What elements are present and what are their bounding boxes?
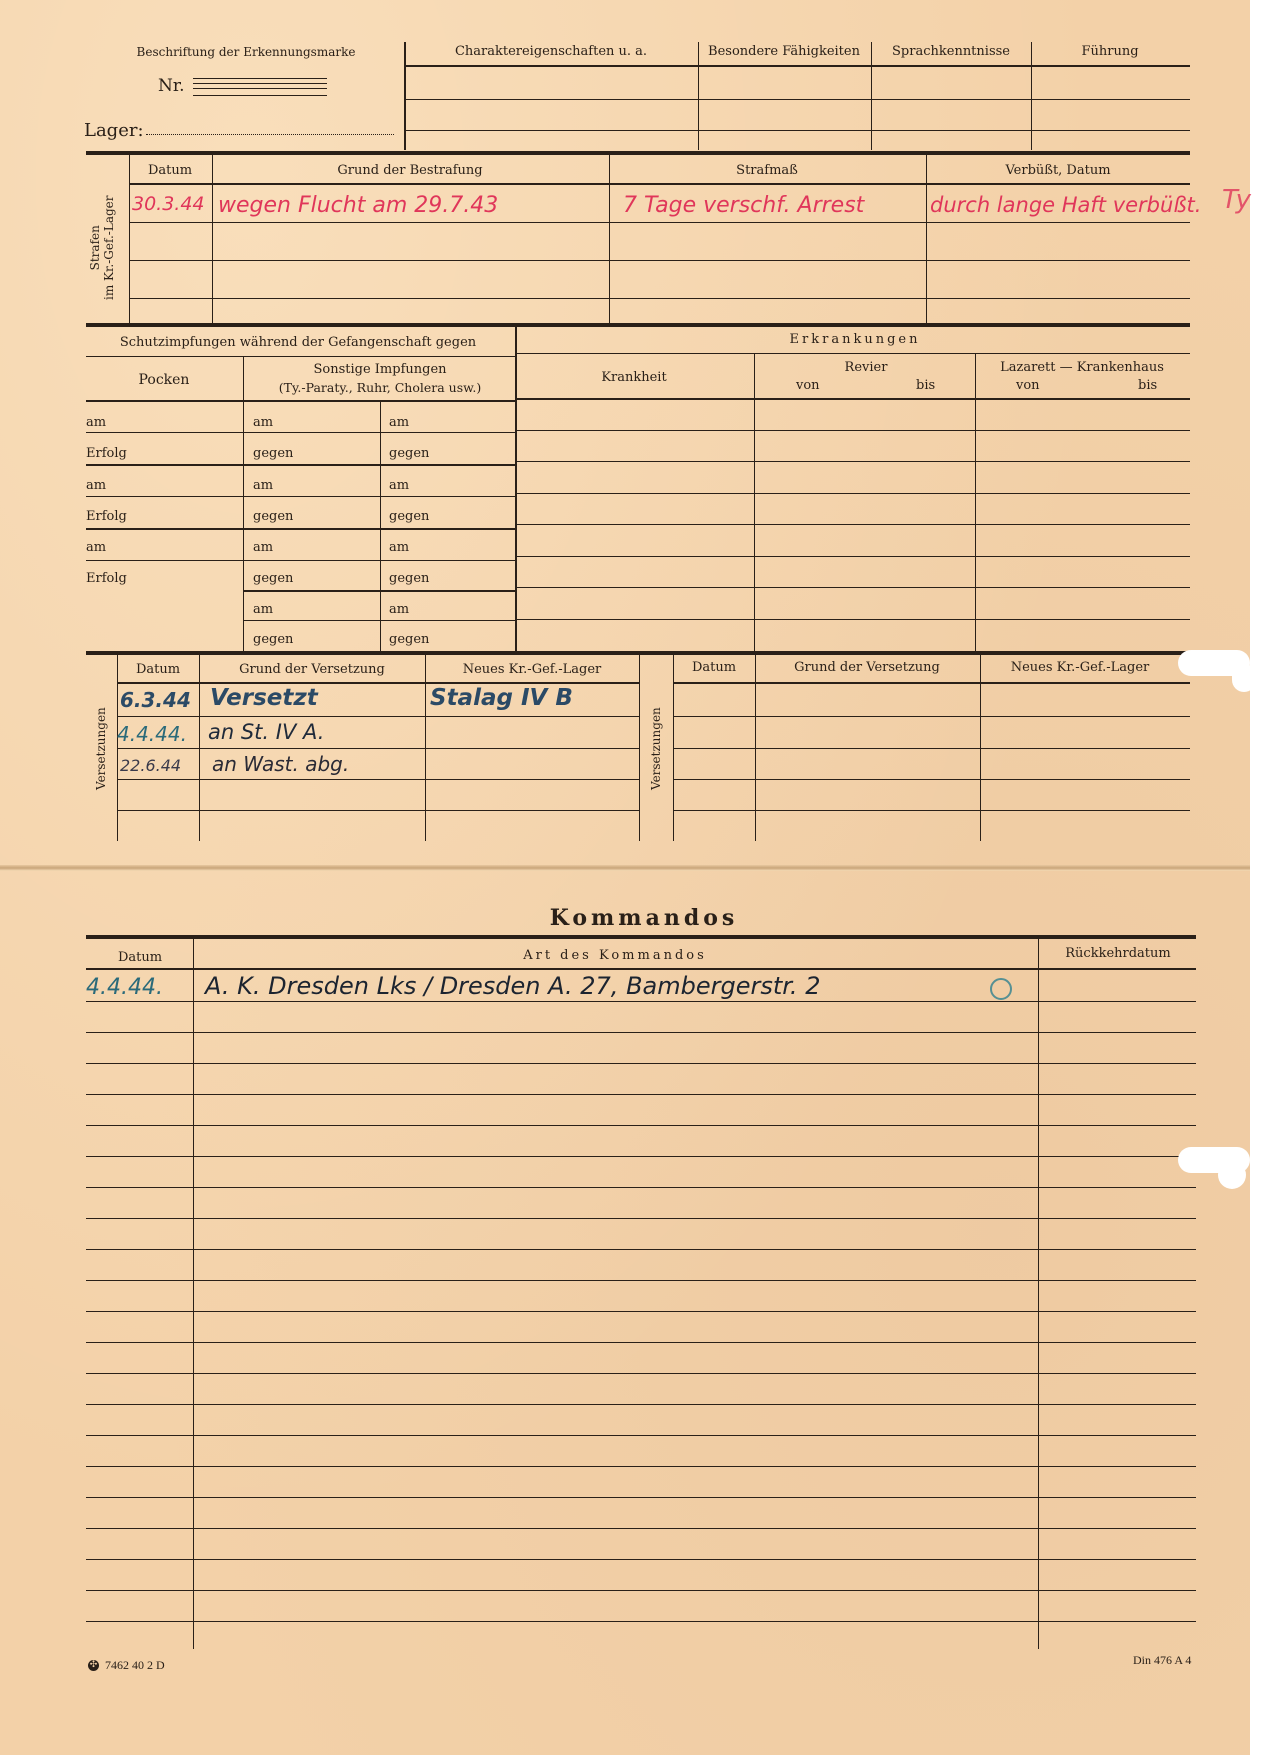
transfer-date: 4.4.44. (117, 722, 187, 746)
punish-measure: 7 Tage verschf. Arrest (623, 193, 864, 218)
col-return-date: Rückkehrdatum (1065, 946, 1170, 961)
kommando-date: 4.4.44. (86, 975, 163, 1000)
punishments-side-label: Strafen im Kr.-Gef.-Lager (88, 196, 116, 301)
tag-heading: Beschriftung der Erkennungsmarke (137, 45, 356, 59)
col-other-vacc-sub: (Ty.-Paraty., Ruhr, Cholera usw.) (279, 380, 481, 395)
pocken-erfolg-1: Erfolg (86, 446, 127, 461)
transfers-side-label-right: Versetzungen (649, 707, 663, 790)
other-gegen: gegen (389, 509, 429, 524)
col-transfer-camp-2: Neues Kr.-Gef.-Lager (1011, 660, 1150, 675)
punch-hole (1232, 664, 1256, 692)
circle-stamp-icon (990, 978, 1012, 1000)
revier-bis: bis (916, 378, 935, 393)
other-am: am (253, 540, 273, 555)
col-krankheit: Krankheit (601, 370, 666, 385)
col-transfer-camp: Neues Kr.-Gef.-Lager (463, 662, 602, 677)
print-code: 7462 40 2 D (105, 1658, 165, 1673)
other-am: am (389, 478, 409, 493)
col-punish-reason: Grund der Bestrafung (337, 163, 482, 178)
pocken-am-2: am (86, 478, 106, 493)
lazarett-von: von (1016, 378, 1040, 393)
fold-line (0, 865, 1250, 871)
transfer-reason: an Wast. abg. (212, 752, 349, 776)
col-transfer-reason: Grund der Versetzung (239, 662, 385, 677)
nr-field[interactable] (193, 78, 327, 96)
transfer-date: 6.3.44 (120, 688, 191, 712)
lager-field[interactable] (146, 134, 394, 135)
col-kommando-type: Art des Kommandos (523, 948, 707, 963)
other-am: am (253, 478, 273, 493)
other-gegen: gegen (253, 446, 293, 461)
col-languages: Sprachkenntnisse (892, 44, 1010, 59)
col-kommando-date: Datum (118, 950, 162, 965)
pocken-am-1: am (86, 415, 106, 430)
col-punish-date: Datum (148, 163, 192, 178)
kommandos-title: Kommandos (550, 905, 739, 931)
other-am: am (253, 602, 273, 617)
vacc-heading: Schutzimpfungen während der Gefangenscha… (120, 335, 476, 350)
other-gegen: gegen (253, 509, 293, 524)
col-revier: Revier (845, 360, 888, 375)
other-am: am (389, 415, 409, 430)
revier-von: von (796, 378, 820, 393)
transfer-date: 22.6.44 (120, 756, 181, 775)
col-lazarett: Lazarett — Krankenhaus (1000, 360, 1164, 375)
col-punish-measure: Strafmaß (736, 163, 798, 178)
lazarett-bis: bis (1138, 378, 1157, 393)
punch-hole (1218, 1161, 1246, 1189)
col-pocken: Pocken (139, 372, 190, 388)
lager-label: Lager: (84, 120, 144, 141)
din-label: Din 476 A 4 (1133, 1653, 1191, 1668)
other-gegen: gegen (389, 571, 429, 586)
margin-initials: Ty (1222, 185, 1251, 215)
col-abilities: Besondere Fähigkeiten (708, 44, 860, 59)
transfers-side-label-left: Versetzungen (94, 707, 108, 790)
col-transfer-date-2: Datum (692, 660, 736, 675)
pocken-erfolg-3: Erfolg (86, 571, 127, 586)
other-am: am (389, 602, 409, 617)
col-character: Charaktereigenschaften u. a. (455, 44, 647, 59)
other-gegen: gegen (253, 571, 293, 586)
col-transfer-reason-2: Grund der Versetzung (794, 660, 940, 675)
other-gegen: gegen (253, 632, 293, 647)
punish-served: durch lange Haft verbüßt. (930, 193, 1201, 217)
transfer-reason: Versetzt (210, 685, 318, 711)
other-am: am (389, 540, 409, 555)
illness-heading: Erkrankungen (790, 332, 921, 347)
other-gegen: gegen (389, 446, 429, 461)
col-transfer-date: Datum (136, 662, 180, 677)
pocken-am-3: am (86, 540, 106, 555)
col-conduct: Führung (1081, 44, 1138, 59)
transfer-camp: Stalag IV B (430, 685, 573, 711)
document-card: Beschriftung der Erkennungsmarke Nr. Lag… (0, 0, 1250, 1755)
col-punish-served: Verbüßt, Datum (1005, 163, 1110, 178)
printer-mark-icon: ✣ (88, 1660, 99, 1671)
nr-label: Nr. (158, 76, 185, 96)
transfer-reason: an St. IV A. (208, 720, 324, 744)
pocken-erfolg-2: Erfolg (86, 509, 127, 524)
punish-date: 30.3.44 (132, 193, 205, 215)
punish-reason: wegen Flucht am 29.7.43 (218, 193, 498, 218)
kommando-type: A. K. Dresden Lks / Dresden A. 27, Bambe… (205, 972, 820, 1000)
other-gegen: gegen (389, 632, 429, 647)
other-am: am (253, 415, 273, 430)
col-other-vacc: Sonstige Impfungen (313, 362, 446, 377)
